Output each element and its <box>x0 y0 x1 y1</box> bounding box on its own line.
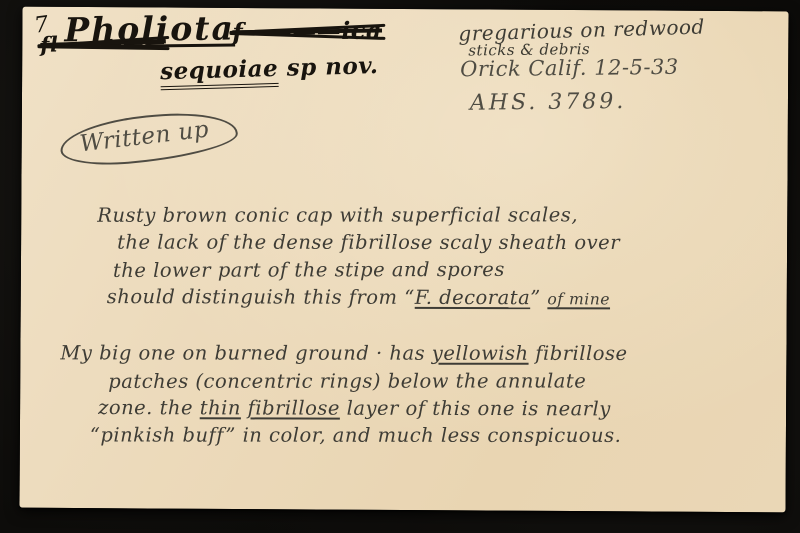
comparison-line: My big one on burned ground · has yellow… <box>60 341 627 364</box>
index-card: 7 fl————— Pholiota f————ica sequoiae sp … <box>19 7 788 513</box>
text-segment: Rusty brown conic cap with superficial s… <box>97 203 578 226</box>
description-line: the lack of the dense fibrillose scaly s… <box>117 231 620 254</box>
text-segment: of mine <box>547 290 610 308</box>
photo-background: 7 fl————— Pholiota f————ica sequoiae sp … <box>0 0 800 533</box>
comparison-line: zone. the thin fibrillose layer of this … <box>98 396 611 420</box>
crossed-out-species-text: f————ica <box>232 16 382 47</box>
text-segment: F. decorata <box>415 286 531 309</box>
comparison-line: patches (concentric rings) below the ann… <box>108 369 586 392</box>
text-segment: ” <box>530 286 547 309</box>
text-segment: layer of this one is nearly <box>340 397 611 421</box>
text-segment: sp nov. <box>278 52 379 82</box>
text-segment: the lack of the dense fibrillose scaly s… <box>117 231 620 254</box>
text-segment: yellowish <box>432 342 529 365</box>
text-segment: patches (concentric rings) below the ann… <box>108 369 586 392</box>
text-segment: the lower part of the stipe and spores <box>113 258 505 282</box>
comparison-line: “pinkish buff” in color, and much less c… <box>90 423 621 446</box>
collection-number: AHS. 3789. <box>470 89 627 116</box>
text-segment: My big one on burned ground · has <box>60 341 431 364</box>
written-up-annotation: Written up <box>58 105 240 171</box>
text-segment: thin <box>200 396 241 419</box>
genus-name: Pholiota <box>64 8 235 49</box>
description-line: should distinguish this from “F. decorat… <box>107 285 610 309</box>
text-segment: fibrillose <box>248 396 340 419</box>
locality-date: Orick Calif. 12-5-33 <box>460 55 679 81</box>
text-segment: fibrillose <box>529 342 628 365</box>
crossed-out-species: f————ica <box>232 16 382 47</box>
text-segment: “pinkish buff” in color, and much less c… <box>90 423 621 446</box>
text-segment: sequoiae <box>160 55 279 90</box>
text-segment: zone. the <box>98 396 200 419</box>
species-epithet-line: sequoiae sp nov. <box>160 52 379 85</box>
text-segment: should distinguish this from “ <box>107 285 415 309</box>
description-line: Rusty brown conic cap with superficial s… <box>97 203 578 226</box>
description-line: the lower part of the stipe and spores <box>113 258 505 282</box>
